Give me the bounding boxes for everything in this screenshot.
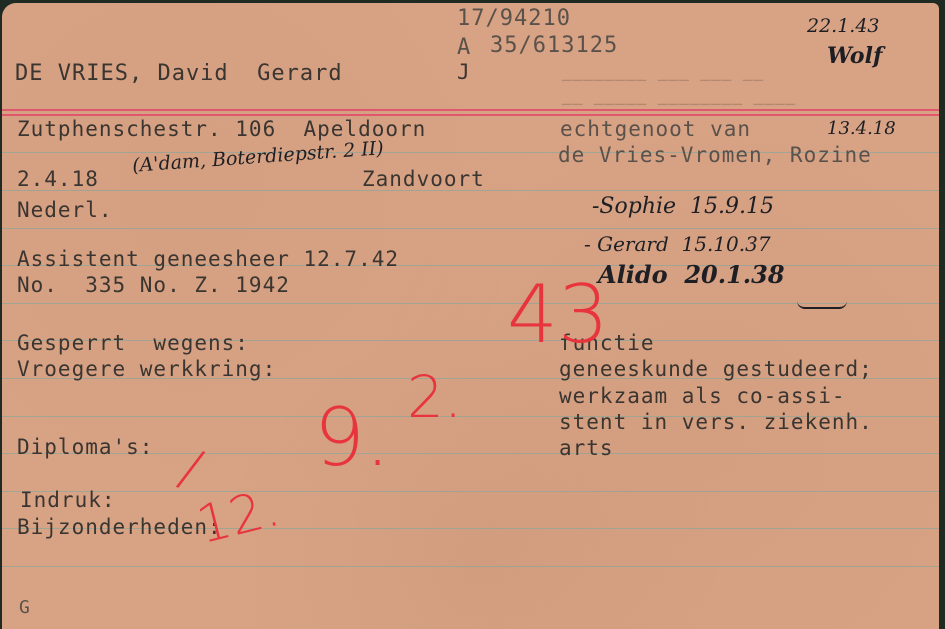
spouse-line-1: echtgenoot van <box>560 119 751 140</box>
reference-letter-j: J <box>457 62 471 83</box>
label-details: Bijzonderheden: <box>17 517 222 538</box>
work-line: stent in vers. ziekenh. <box>559 412 873 433</box>
registration-card: ──────── ─── ─── ── ── ───── ──────── ──… <box>2 3 939 629</box>
ruled-line <box>2 228 939 229</box>
ruled-line <box>2 566 939 567</box>
birth-note-handwritten: (A'dam, Boterdiepstr. 2 II) <box>132 139 385 176</box>
profession: Assistent geneesheer 12.7.42 <box>17 249 399 270</box>
header-rule-red-top <box>2 109 939 111</box>
work-line: geneeskunde gestudeerd; <box>559 359 873 380</box>
label-impression: Indruk: <box>20 490 116 511</box>
ghost-typing: ──────── ─── ─── ── <box>562 73 764 89</box>
underline-stroke <box>797 301 847 309</box>
label-diplomas: Diploma's: <box>17 437 153 458</box>
spouse-date-handwritten: 13.4.18 <box>827 120 896 138</box>
spouse-line-2: de Vries-Vromen, Rozine <box>558 145 872 166</box>
person-name: DE VRIES, David Gerard <box>15 63 343 85</box>
ghost-typing: ── ───── ──────── ──── <box>562 97 796 113</box>
footer-letter: G <box>19 599 31 617</box>
label-blocked-reason: Gesperrt wegens: <box>17 333 249 354</box>
work-line: werkzaam als co-assi- <box>559 386 846 407</box>
stamp-date: 22.1.43 <box>807 17 880 36</box>
reference-prefix-a: A <box>457 37 471 59</box>
red-annotation-dash: / <box>174 442 208 497</box>
ruled-line <box>2 491 939 492</box>
red-annotation-year: 43 <box>507 275 609 355</box>
birth-date: 2.4.18 <box>17 169 99 190</box>
nationality: Nederl. <box>17 200 113 221</box>
red-annotation-month: 9. <box>314 398 390 478</box>
child-entry: - Gerard 15.10.37 <box>584 234 771 254</box>
reference-number-1: 17/94210 <box>457 8 571 30</box>
registration-number: No. 335 No. Z. 1942 <box>17 275 290 296</box>
stamp-initials: Wolf <box>827 45 882 67</box>
reference-number-2: 35/613125 <box>490 35 618 57</box>
label-previous-work: Vroegere werkkring: <box>17 359 276 380</box>
red-annotation-day: 12. <box>192 482 285 552</box>
birth-place: Zandvoort <box>362 169 485 190</box>
child-entry: -Sophie 15.9.15 <box>592 196 774 218</box>
red-annotation-day-2: 2. <box>407 368 462 426</box>
header-rule-red-bottom <box>2 114 939 116</box>
address: Zutphenschestr. 106 Apeldoorn <box>17 119 426 140</box>
child-entry: Alido 20.1.38 <box>598 263 785 287</box>
work-line: arts <box>559 438 614 459</box>
